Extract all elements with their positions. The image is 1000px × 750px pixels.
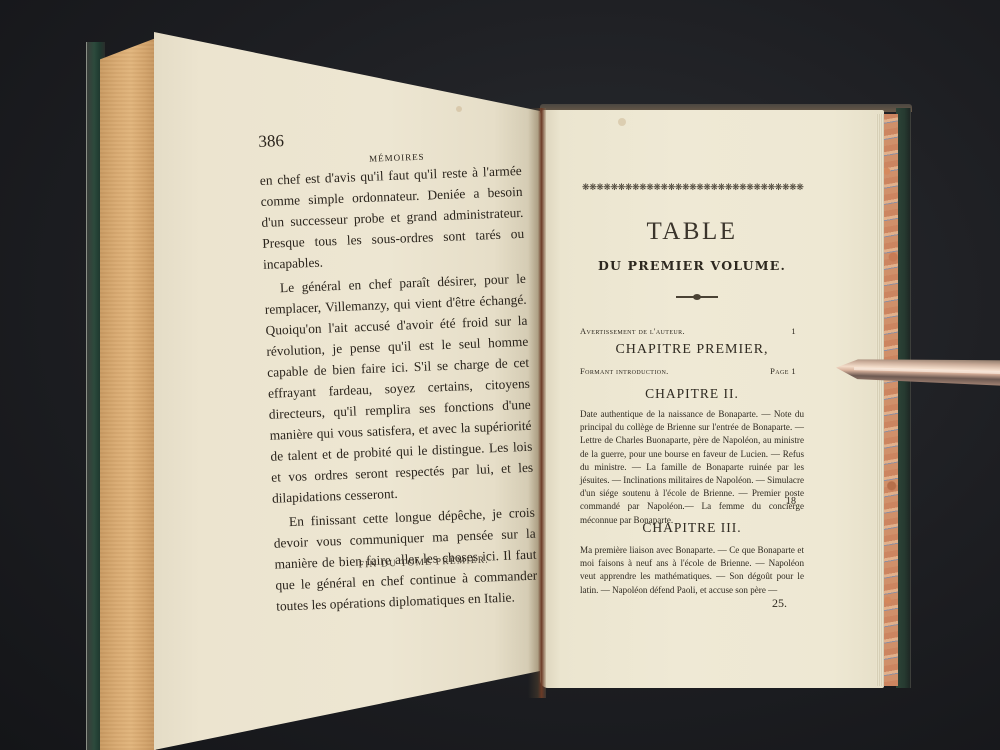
left-page-body: en chef est d'avis qu'il faut qu'il rest… bbox=[259, 160, 538, 617]
chapter-description: Ma première liaison avec Bonaparte. — Ce… bbox=[580, 544, 804, 597]
chapter-page-number: 25. bbox=[772, 596, 787, 611]
chapter-description: Date authentique de la naissance de Bona… bbox=[580, 408, 804, 527]
toc-title: TABLE bbox=[558, 218, 826, 246]
toc-entry: Avertissement de l'auteur. 1 bbox=[580, 326, 796, 336]
foxing-spot bbox=[618, 118, 626, 126]
chapter-heading: CHAPITRE III. bbox=[558, 520, 826, 536]
marbled-endpaper-edge bbox=[882, 114, 898, 686]
toc-entry-label: Avertissement de l'auteur. bbox=[580, 326, 685, 336]
toc-entry-page: 1 bbox=[791, 326, 796, 336]
ornamental-border: ❋❋❋❋❋❋❋❋❋❋❋❋❋❋❋❋❋❋❋❋❋❋❋❋❋❋❋❋❋❋❋❋❋❋❋❋❋ bbox=[582, 182, 804, 192]
paragraph: en chef est d'avis qu'il faut qu'il rest… bbox=[259, 160, 525, 275]
toc-entry-label: Formant introduction. bbox=[580, 366, 669, 376]
book-gutter bbox=[528, 108, 546, 698]
right-page-stack bbox=[876, 114, 884, 686]
left-page-block-edge bbox=[100, 38, 156, 750]
chapter-heading: CHAPITRE PREMIER, bbox=[558, 342, 826, 358]
chapter-heading: CHAPITRE II. bbox=[558, 386, 826, 402]
toc-entry-page: Page 1 bbox=[770, 366, 796, 376]
running-head: MÉMOIRES bbox=[369, 152, 425, 164]
toc-subtitle: DU PREMIER VOLUME. bbox=[558, 258, 826, 273]
foxing-spot bbox=[456, 106, 462, 112]
book-photo-scene: 386 MÉMOIRES en chef est d'avis qu'il fa… bbox=[0, 0, 1000, 750]
right-cover-board bbox=[896, 108, 911, 688]
chapter-page-number: 18 bbox=[786, 496, 796, 507]
page-number: 386 bbox=[258, 131, 284, 152]
toc-entry: Formant introduction. Page 1 bbox=[580, 366, 796, 376]
paragraph: Le général en chef paraît désirer, pour … bbox=[264, 268, 535, 509]
fleuron-divider bbox=[676, 296, 718, 298]
